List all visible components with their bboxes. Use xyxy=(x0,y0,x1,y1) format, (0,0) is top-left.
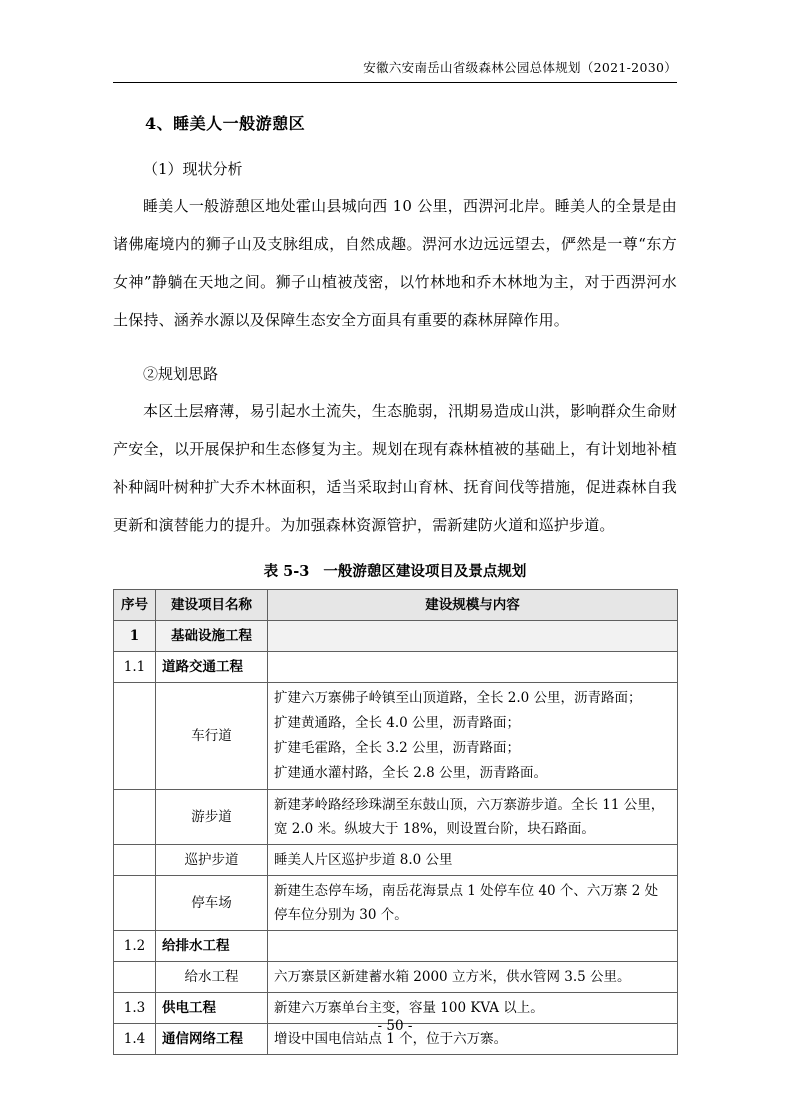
table-row: 1.2 给排水工程 xyxy=(114,931,678,962)
section-title: 4、睡美人一般游憩区 xyxy=(113,111,677,134)
table-row: 1.1 道路交通工程 xyxy=(114,652,678,683)
document-body: 4、睡美人一般游憩区 （1）现状分析 睡美人一般游憩区地处霍山县城向西 10 公… xyxy=(113,83,677,1055)
content-line: 扩建黄通路，全长 4.0 公里，沥青路面； xyxy=(274,711,671,736)
table-row: 车行道 扩建六万寨佛子岭镇至山顶道路，全长 2.0 公里，沥青路面； 扩建黄通路… xyxy=(114,683,678,790)
table-row: 巡护步道 睡美人片区巡护步道 8.0 公里 xyxy=(114,845,678,876)
cell-name: 给排水工程 xyxy=(156,931,268,962)
cell-content: 睡美人片区巡护步道 8.0 公里 xyxy=(268,845,678,876)
cell-name: 停车场 xyxy=(156,876,268,931)
header-cell-content: 建设规模与内容 xyxy=(268,590,678,621)
cell-name: 游步道 xyxy=(156,790,268,845)
subsection-1-title: （1）现状分析 xyxy=(113,158,677,179)
cell-no xyxy=(114,683,156,790)
content-line: 扩建六万寨佛子岭镇至山顶道路，全长 2.0 公里，沥青路面； xyxy=(274,686,671,711)
running-header: 安徽六安南岳山省级森林公园总体规划（2021-2030） xyxy=(113,58,677,83)
construction-projects-table: 序号 建设项目名称 建设规模与内容 1 基础设施工程 1.1 道路交通工程 xyxy=(113,589,678,1055)
table-row: 游步道 新建茅岭路经珍珠湖至东鼓山顶，六万寨游步道。全长 11 公里，宽 2.0… xyxy=(114,790,678,845)
table-caption-title: 一般游憩区建设项目及景点规划 xyxy=(323,563,526,580)
cell-name: 基础设施工程 xyxy=(156,621,268,652)
subsection-2-title: ②规划思路 xyxy=(113,363,677,384)
page-number: - 50 - xyxy=(0,1018,790,1034)
paragraph-planning-approach: 本区土层瘠薄，易引起水土流失，生态脆弱，汛期易造成山洪，影响群众生命财产安全，以… xyxy=(113,392,677,544)
table-caption: 表 5-3一般游憩区建设项目及景点规划 xyxy=(113,560,677,581)
table-header-row: 序号 建设项目名称 建设规模与内容 xyxy=(114,590,678,621)
cell-content xyxy=(268,931,678,962)
content-line: 扩建通水灌村路，全长 2.8 公里，沥青路面。 xyxy=(274,761,671,786)
table-row: 给水工程 六万寨景区新建蓄水箱 2000 立方米，供水管网 3.5 公里。 xyxy=(114,962,678,993)
table-row: 1 基础设施工程 xyxy=(114,621,678,652)
cell-no: 1.2 xyxy=(114,931,156,962)
cell-name: 车行道 xyxy=(156,683,268,790)
cell-no: 1 xyxy=(114,621,156,652)
cell-no xyxy=(114,790,156,845)
cell-name: 给水工程 xyxy=(156,962,268,993)
document-page: 安徽六安南岳山省级森林公园总体规划（2021-2030） 4、睡美人一般游憩区 … xyxy=(0,0,790,1118)
paragraph-current-status: 睡美人一般游憩区地处霍山县城向西 10 公里，西淠河北岸。睡美人的全景是由诸佛庵… xyxy=(113,187,677,339)
cell-content: 六万寨景区新建蓄水箱 2000 立方米，供水管网 3.5 公里。 xyxy=(268,962,678,993)
cell-no xyxy=(114,876,156,931)
cell-content xyxy=(268,652,678,683)
cell-content: 新建生态停车场，南岳花海景点 1 处停车位 40 个、六万寨 2 处停车位分别为… xyxy=(268,876,678,931)
cell-no xyxy=(114,962,156,993)
table-caption-label: 表 5-3 xyxy=(264,563,310,580)
header-cell-name: 建设项目名称 xyxy=(156,590,268,621)
cell-no: 1.1 xyxy=(114,652,156,683)
cell-content xyxy=(268,621,678,652)
cell-no xyxy=(114,845,156,876)
cell-content: 扩建六万寨佛子岭镇至山顶道路，全长 2.0 公里，沥青路面； 扩建黄通路，全长 … xyxy=(268,683,678,790)
cell-name: 巡护步道 xyxy=(156,845,268,876)
table-row: 停车场 新建生态停车场，南岳花海景点 1 处停车位 40 个、六万寨 2 处停车… xyxy=(114,876,678,931)
cell-name: 道路交通工程 xyxy=(156,652,268,683)
content-line: 扩建毛霍路，全长 3.2 公里，沥青路面； xyxy=(274,736,671,761)
header-cell-no: 序号 xyxy=(114,590,156,621)
cell-content: 新建茅岭路经珍珠湖至东鼓山顶，六万寨游步道。全长 11 公里，宽 2.0 米。纵… xyxy=(268,790,678,845)
